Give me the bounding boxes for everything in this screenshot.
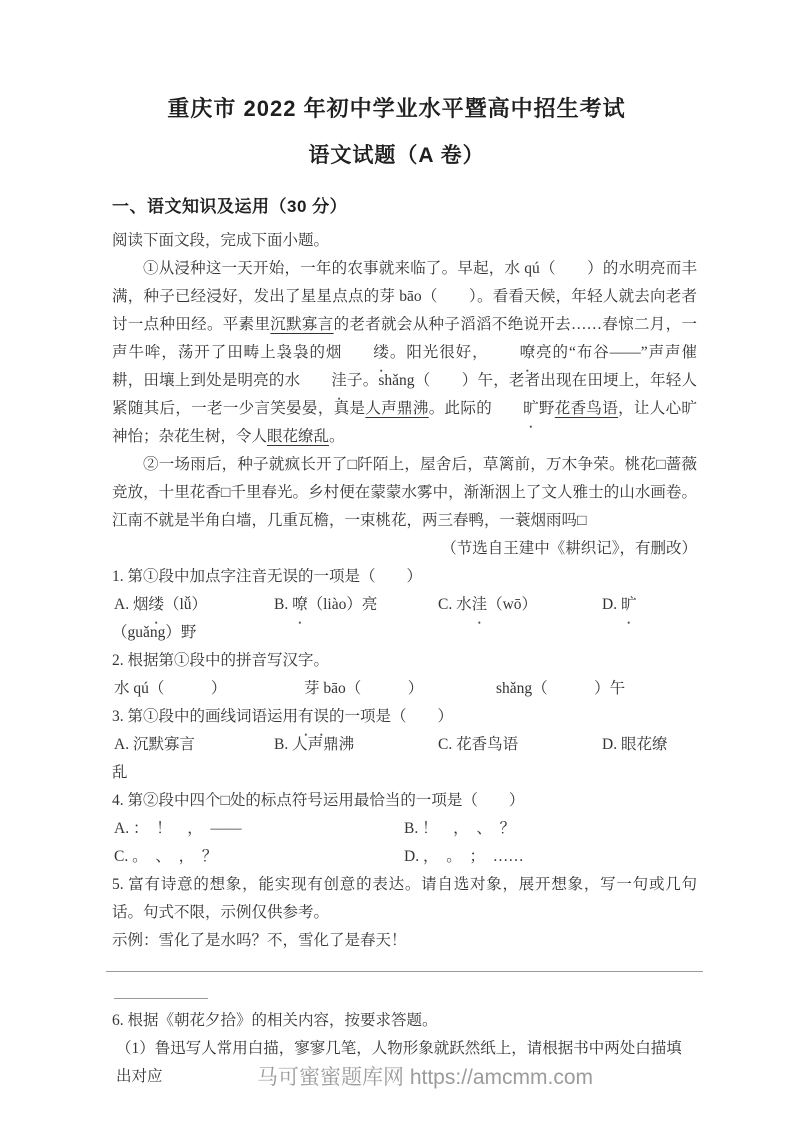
q3-option-d: D. 眼花缭	[602, 731, 667, 759]
q1-option-a: A. 烟缕（lǚ）	[114, 591, 207, 619]
q4-options-row-1: A. ： ！ ， —— B. ！ ， 、 ？	[112, 815, 697, 843]
q4-option-a: A. ： ！ ， ——	[114, 815, 241, 843]
q2-stem: 2. 根据第①段中的拼音写汉字。	[112, 647, 697, 675]
passage-paragraph-1: ①从浸种这一天开始，一年的农事就来临了。早起，水 qú（ ）的水明亮而丰满，种子…	[112, 255, 697, 451]
q2-blanks-row: 水 qú（ ） 芽 bāo（ ） shǎng（ ）午	[112, 675, 697, 703]
q5-stem: 5. 富有诗意的想象，能实现有创意的表达。请自选对象，展开想象，写一句或几句话。…	[112, 871, 697, 927]
q4-option-d: D. ， 。 ； ……	[404, 843, 524, 871]
source-attribution: （节选自王建中《耕织记》，有删改）	[112, 535, 697, 563]
q1-option-b: B. 嘹（liào）亮	[274, 591, 377, 619]
footnote-separator-line	[114, 998, 208, 999]
q4-option-c: C. 。 、 ， ？	[114, 843, 217, 871]
doc-subtitle: 语文试题（A 卷）	[0, 139, 793, 169]
q3-options-row: A. 沉默寡言 B. 人声鼎沸 C. 花香鸟语 D. 眼花缭	[112, 731, 697, 759]
q3-option-b: B. 人声鼎沸	[274, 731, 354, 759]
q3-option-d-continuation: 乱	[112, 759, 697, 787]
q2-blank-bao: 芽 bāo（ ）	[304, 675, 423, 703]
q4-stem: 4. 第②段中四个□处的标点符号运用最恰当的一项是（ ）	[112, 787, 697, 815]
q1-options-row: A. 烟缕（lǚ） B. 嘹（liào）亮 C. 水洼（wō） D. 旷	[112, 591, 697, 619]
q5-example: 示例：雪化了是水吗？不，雪化了是春天！	[112, 927, 697, 955]
reading-instruction: 阅读下面文段，完成下面小题。	[112, 227, 697, 255]
doc-title: 重庆市 2022 年初中学业水平暨高中招生考试	[0, 0, 793, 123]
q1-option-d-continuation: （guǎng）野	[112, 619, 697, 647]
q2-blank-qu: 水 qú（ ）	[114, 675, 226, 703]
q4-option-b: B. ！ ， 、 ？	[404, 815, 515, 843]
q3-option-c: C. 花香鸟语	[438, 731, 518, 759]
q1-stem: 1. 第①段中加点字注音无误的一项是（ ）	[112, 563, 697, 591]
exam-document-page: 重庆市 2022 年初中学业水平暨高中招生考试 语文试题（A 卷） 一、语文知识…	[0, 0, 793, 1122]
q2-blank-shang: shǎng（ ）午	[496, 675, 625, 703]
q1-option-d: D. 旷	[602, 591, 636, 619]
section-1-heading: 一、语文知识及运用（30 分）	[112, 193, 697, 221]
page-divider-line	[106, 971, 703, 972]
q4-options-row-2: C. 。 、 ， ？ D. ， 。 ； ……	[112, 843, 697, 871]
q3-stem: 3. 第①段中的画线词语运用有误的一项是（ ）	[112, 703, 697, 731]
q1-option-c: C. 水洼（wō）	[438, 591, 537, 619]
footer-watermark: 马可蜜蜜题库网 https://amcmm.com	[257, 1061, 593, 1091]
doc-body: 一、语文知识及运用（30 分） 阅读下面文段，完成下面小题。 ①从浸种这一天开始…	[112, 193, 697, 1091]
q3-option-a: A. 沉默寡言	[114, 731, 195, 759]
q6-stem: 6. 根据《朝花夕拾》的相关内容，按要求答题。	[112, 1007, 697, 1035]
passage-paragraph-2: ②一场雨后，种子就疯长开了□阡陌上，屋舍后，草篱前，万木争荣。桃花□蔷薇竞放，十…	[112, 451, 697, 535]
